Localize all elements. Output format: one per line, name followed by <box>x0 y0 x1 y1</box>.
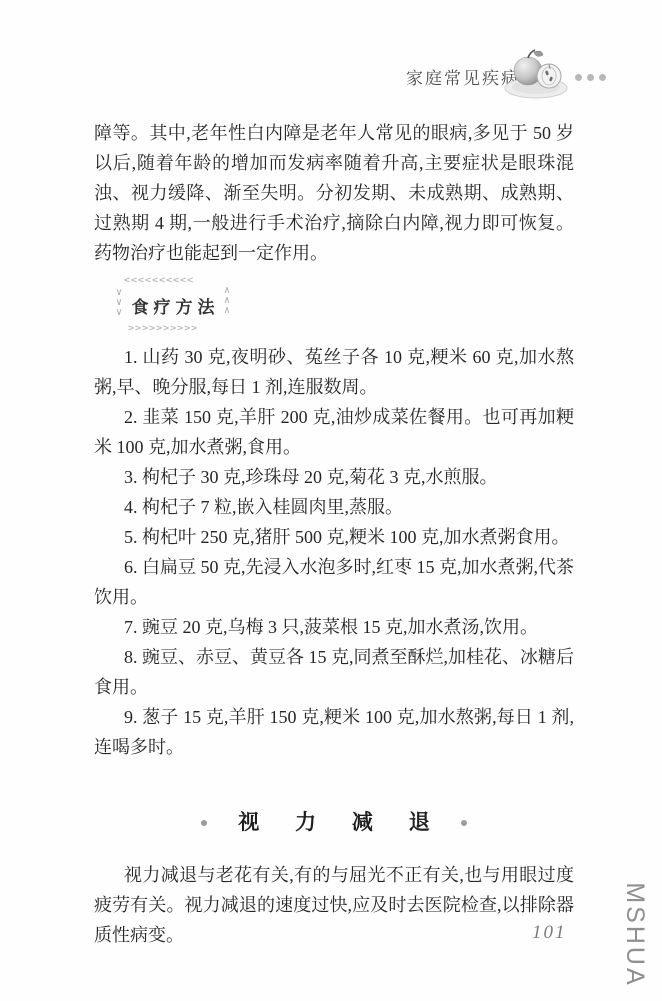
badge-label: 食疗方法 <box>114 293 232 323</box>
recipe-item: 3. 枸杞子 30 克,珍珠母 20 克,菊花 3 克,水煎服。 <box>94 462 574 492</box>
badge-border-top-icon: <<<<<<<<<< <box>124 276 194 286</box>
recipe-item: 9. 葱子 15 克,羊肝 150 克,粳米 100 克,加水熬粥,每日 1 剂… <box>94 702 574 762</box>
section-title: 视 力 减 退 <box>223 808 445 838</box>
page-body: 障等。其中,老年性白内障是老年人常见的眼病,多见于 50 岁以后,随着年龄的增加… <box>94 118 574 950</box>
spine-watermark: MSHUA <box>619 880 649 990</box>
badge-border-bottom-icon: >>>>>>>>>> <box>128 324 198 334</box>
running-header: 家庭常见疾病 <box>0 46 662 102</box>
recipe-item: 7. 豌豆 20 克,乌梅 3 只,菠菜根 15 克,加水煮汤,饮用。 <box>94 612 574 642</box>
apples-on-plate-icon <box>501 46 571 100</box>
recipe-item: 1. 山药 30 克,夜明砂、菟丝子各 10 克,粳米 60 克,加水熬粥,早、… <box>94 342 574 402</box>
section-heading: 视 力 减 退 <box>94 808 574 838</box>
recipe-item: 8. 豌豆、赤豆、黄豆各 15 克,同煮至酥烂,加桂花、冰糖后食用。 <box>94 642 574 702</box>
recipe-item: 4. 枸杞子 7 粒,嵌入桂圆肉里,蒸服。 <box>94 492 574 522</box>
intro-paragraph: 障等。其中,老年性白内障是老年人常见的眼病,多见于 50 岁以后,随着年龄的增加… <box>94 118 574 268</box>
book-page: 家庭常见疾病 障等。其中,老年性白内障是老年人常见的眼病,多见于 <box>0 0 662 1001</box>
heading-dot-right-icon <box>461 820 467 826</box>
recipe-item: 2. 韭菜 150 克,羊肝 200 克,油炒成菜佐餐用。也可再加粳米 100 … <box>94 402 574 462</box>
recipe-item: 6. 白扁豆 50 克,先浸入水泡多时,红枣 15 克,加水煮粥,代茶饮用。 <box>94 552 574 612</box>
section-paragraph: 视力减退与老花有关,有的与屈光不正有关,也与用眼过度疲劳有关。视力减退的速度过快… <box>94 860 574 950</box>
recipe-item: 5. 枸杞叶 250 克,猪肝 500 克,粳米 100 克,加水煮粥食用。 <box>94 522 574 552</box>
diet-therapy-badge: <<<<<<<<<< ∨ ∨ ∨ ∧ ∧ ∧ >>>>>>>>>> 食疗方法 <box>114 276 232 334</box>
heading-dot-left-icon <box>201 820 207 826</box>
page-number: 101 <box>532 922 567 944</box>
header-dots-icon <box>575 74 606 81</box>
